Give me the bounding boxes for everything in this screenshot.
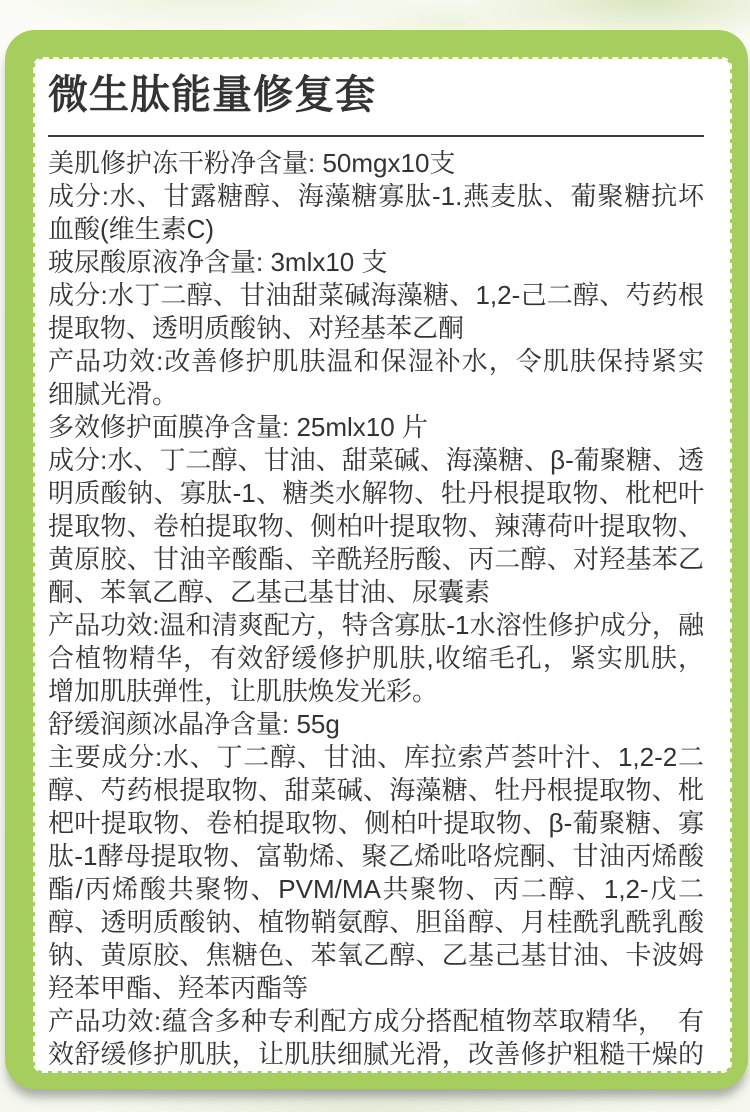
title-divider <box>48 135 704 137</box>
net-content-line: 舒缓润颜冰晶净含量: 55g <box>48 708 704 741</box>
net-content-line: 多效修护面膜净含量: 25mlx10 片 <box>48 411 704 444</box>
net-content-line: 玻尿酸原液净含量: 3mlx10 支 <box>48 246 704 279</box>
product-title: 微生肽能量修复套 <box>48 71 704 119</box>
product-info-card: 微生肽能量修复套 美肌修护冻干粉净含量: 50mgx10支 成分:水、甘露糖醇、… <box>33 57 732 1073</box>
efficacy-line: 产品功效:温和清爽配方，特含寡肽-1水溶性修护成分，融合植物精华，有效舒缓修护肌… <box>48 609 704 708</box>
green-frame: 微生肽能量修复套 美肌修护冻干粉净含量: 50mgx10支 成分:水、甘露糖醇、… <box>5 30 748 1089</box>
ingredients-line: 主要成分:水、丁二醇、甘油、库拉索芦荟叶汁、1,2-2二醇、芍药根提取物、甜菜碱… <box>48 741 704 1005</box>
net-content-line: 美肌修护冻干粉净含量: 50mgx10支 <box>48 147 704 180</box>
efficacy-line: 产品功效:蕴含多种专利配方成分搭配植物萃取精华， 有效舒缓修护肌肤，让肌肤细腻光… <box>48 1005 704 1073</box>
ingredients-line: 成分:水丁二醇、甘油甜菜碱海藻糖、1,2-己二醇、芍药根提取物、透明质酸钠、对羟… <box>48 279 704 345</box>
product-details: 美肌修护冻干粉净含量: 50mgx10支 成分:水、甘露糖醇、海藻糖寡肽-1.燕… <box>48 147 704 1073</box>
ingredients-line: 成分:水、丁二醇、甘油、甜菜碱、海藻糖、β-葡聚糖、透明质酸钠、寡肽-1、糖类水… <box>48 444 704 609</box>
efficacy-line: 产品功效:改善修护肌肤温和保湿补水，令肌肤保持紧实细腻光滑。 <box>48 345 704 411</box>
ingredients-line: 成分:水、甘露糖醇、海藻糖寡肽-1.燕麦肽、葡聚糖抗坏血酸(维生素C) <box>48 180 704 246</box>
